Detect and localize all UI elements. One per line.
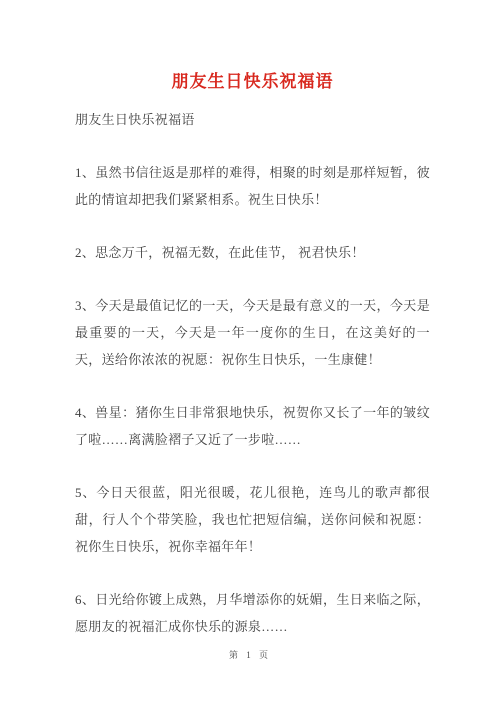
paragraph-4: 4、兽星：猪你生日非常狠地快乐，祝贺你又长了一年的皱纹了啦……离满脸褶子又近了一… (75, 399, 430, 453)
document-subtitle: 朋友生日快乐祝福语 (75, 106, 430, 133)
paragraph-6: 6、日光给你镀上成熟，月华增添你的妩媚，生日来临之际，愿朋友的祝福汇成你快乐的源… (75, 586, 430, 640)
paragraph-2: 2、思念万千，祝福无数，在此佳节， 祝君快乐！ (75, 239, 430, 266)
document-page: 朋友生日快乐祝福语 朋友生日快乐祝福语 1、虽然书信往返是那样的难得，相聚的时刻… (0, 0, 500, 708)
page-number-footer: 第 1 页 (0, 648, 500, 661)
document-title: 朋友生日快乐祝福语 (75, 70, 430, 94)
paragraph-3: 3、今天是最值记忆的一天，今天是最有意义的一天，今天是最重要的一天，今天是一年一… (75, 292, 430, 373)
document-content: 朋友生日快乐祝福语 朋友生日快乐祝福语 1、虽然书信往返是那样的难得，相聚的时刻… (0, 0, 500, 640)
paragraph-5: 5、今日天很蓝，阳光很暖，花儿很艳，连鸟儿的歌声都很甜，行人个个带笑脸，我也忙把… (75, 479, 430, 560)
paragraph-1: 1、虽然书信往返是那样的难得，相聚的时刻是那样短暂，彼此的情谊却把我们紧紧相系。… (75, 159, 430, 213)
